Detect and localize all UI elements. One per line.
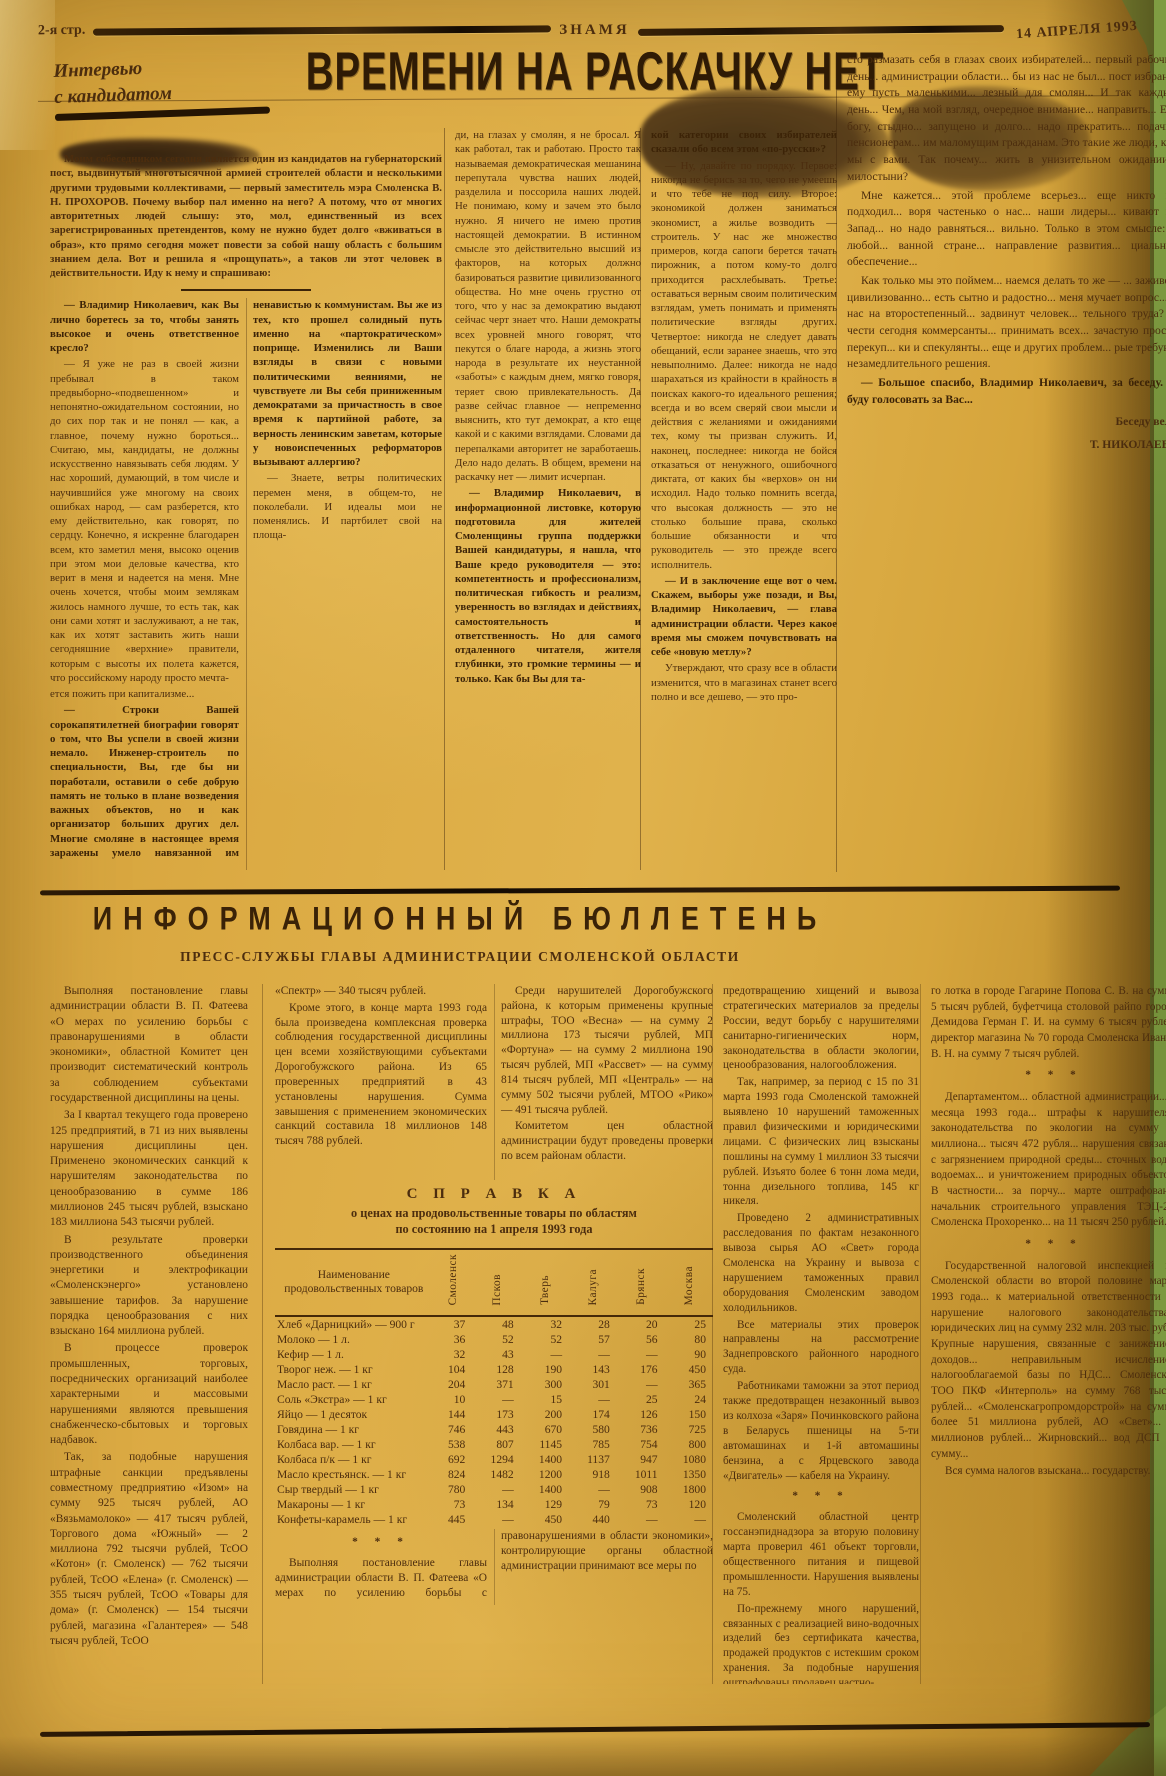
city-column-header: Псков [472, 1249, 520, 1316]
price-value: — [569, 1347, 617, 1362]
price-value: 79 [569, 1497, 617, 1512]
paragraph: «Спектр» — 340 тысяч рублей. [275, 984, 487, 999]
price-value: 24 [665, 1392, 713, 1407]
product-name: Творог неж. — 1 кг [275, 1362, 433, 1377]
price-value: 129 [521, 1497, 569, 1512]
paragraph: В результате проверки производственного … [50, 1233, 248, 1340]
paragraph: сто размазать себя в глазах своих избира… [847, 52, 1166, 186]
paragraph: Утверждают, что сразу все в области изме… [651, 661, 837, 704]
city-column-header: Брянск [617, 1249, 665, 1316]
price-value: 800 [665, 1437, 713, 1452]
price-value: 371 [472, 1377, 520, 1392]
price-report: С П Р А В К А о ценах на продовольственн… [275, 1186, 713, 1527]
price-value: 128 [472, 1362, 520, 1377]
paragraph: — Владимир Николаевич, в информационной … [455, 486, 641, 686]
bulletin-article: ИНФОРМАЦИОННЫЙ БЮЛЛЕТЕНЬ ПРЕСС-СЛУЖБЫ ГЛ… [40, 888, 1166, 1776]
interview-headline: ВРЕМЕНИ НА РАСКАЧКУ НЕТ [278, 42, 912, 103]
paragraph: Смоленский областной центр госсанэпиднад… [723, 1510, 919, 1599]
price-table-head: Наименование продовольственных товаров С… [275, 1249, 713, 1316]
interview-intro: Моим собеседником сегодня является один … [50, 152, 442, 280]
intro-divider-rule [181, 289, 311, 291]
page-header: 2-я стр. ЗНАМЯ 14 АПРЕЛЯ 1993 [38, 22, 1138, 39]
price-table-row: Колбаса п/к — 1 кг6921294140011379471080 [275, 1452, 713, 1467]
spravka-title: С П Р А В К А [275, 1186, 713, 1203]
price-table-body: Хлеб «Дарницкий» — 900 г374832282025Моло… [275, 1316, 713, 1527]
city-column-header: Смоленск [433, 1249, 473, 1316]
paragraph: — Знаете, ветры политических перемен мен… [253, 471, 442, 542]
price-value: 32 [433, 1347, 473, 1362]
price-value: 947 [617, 1452, 665, 1467]
spravka-subtitle-line-1: о ценах на продовольственные товары по о… [275, 1206, 713, 1222]
price-value: 25 [665, 1316, 713, 1332]
paragraph: — Владимир Николаевич, как Вы лично боре… [50, 298, 239, 355]
product-name: Сыр твердый — 1 кг [275, 1482, 433, 1497]
newspaper-page: 2-я стр. ЗНАМЯ 14 АПРЕЛЯ 1993 Интервью с… [0, 0, 1166, 1776]
price-value: 450 [521, 1512, 569, 1527]
product-name: Говядина — 1 кг [275, 1422, 433, 1437]
product-name: Конфеты-карамель — 1 кг [275, 1512, 433, 1527]
bulletin-column-4: предотвращению хищений и вывоза стратеги… [712, 984, 919, 1684]
price-table-row: Говядина — 1 кг746443670580736725 [275, 1422, 713, 1437]
price-value: 440 [569, 1512, 617, 1527]
price-value: 25 [617, 1392, 665, 1407]
price-table-row: Творог неж. — 1 кг104128190143176450 [275, 1362, 713, 1377]
price-value: 443 [472, 1422, 520, 1437]
price-value: 173 [472, 1407, 520, 1422]
price-value: 32 [521, 1316, 569, 1332]
price-value: 1011 [617, 1467, 665, 1482]
price-value: 538 [433, 1437, 473, 1452]
price-value: 746 [433, 1422, 473, 1437]
price-value: 174 [569, 1407, 617, 1422]
asterisk-separator: * * * [931, 1237, 1166, 1253]
interview-columns-1-2: Моим собеседником сегодня является один … [50, 152, 442, 870]
city-column-header: Тверь [521, 1249, 569, 1316]
price-value: 1400 [521, 1452, 569, 1467]
price-value: — [472, 1482, 520, 1497]
price-table-row: Масло крестьянск. — 1 кг8241482120091810… [275, 1467, 713, 1482]
city-label: Москва [683, 1266, 695, 1305]
paragraph: кой категории своих избирателей сказали … [651, 128, 837, 157]
paragraph: Проведено 2 административных расследован… [723, 1211, 919, 1315]
price-table-row: Яйцо — 1 десяток144173200174126150 [275, 1407, 713, 1422]
bulletin-body: Выполняя постановление главы администрац… [40, 984, 1166, 1684]
bulletin-column-5: го лотка в городе Гагарине Попова С. В. … [920, 984, 1166, 1684]
product-name: Макароны — 1 кг [275, 1497, 433, 1512]
price-table-row: Соль «Экстра» — 1 кг10—15—2524 [275, 1392, 713, 1407]
price-value: 785 [569, 1437, 617, 1452]
bulletin-subtitle: ПРЕСС-СЛУЖБЫ ГЛАВЫ АДМИНИСТРАЦИИ СМОЛЕНС… [70, 949, 850, 965]
paragraph: Кроме этого, в конце марта 1993 года был… [275, 1001, 487, 1149]
price-value: 36 [433, 1332, 473, 1347]
price-value: 1800 [665, 1482, 713, 1497]
header-rule-left [93, 25, 551, 35]
paragraph: Вся сумма налогов взыскана... государств… [931, 1464, 1166, 1480]
paragraph: По-прежнему много нарушений, связанных с… [723, 1602, 919, 1684]
price-value: 37 [433, 1316, 473, 1332]
price-value: 143 [569, 1362, 617, 1377]
price-value: 300 [521, 1377, 569, 1392]
price-value: 56 [617, 1332, 665, 1347]
price-value: 52 [521, 1332, 569, 1347]
price-value: — [617, 1512, 665, 1527]
price-value: 445 [433, 1512, 473, 1527]
price-value: 57 [569, 1332, 617, 1347]
bulletin-middle-block: «Спектр» — 340 тысяч рублей.Кроме этого,… [262, 984, 713, 1684]
city-label: Брянск [635, 1268, 647, 1305]
price-value: 1400 [521, 1482, 569, 1497]
interview-column-3: ди, на глазах у смолян, я не бросал. Я к… [444, 128, 641, 870]
paragraph: Работниками таможни за этот период также… [723, 1379, 919, 1483]
interview-article: Интервью с кандидатом ВРЕМЕНИ НА РАСКАЧК… [40, 100, 1166, 886]
paragraph: — Я уже не раз в своей жизни пребывал в … [50, 357, 239, 685]
price-table-row: Молоко — 1 л.365252575680 [275, 1332, 713, 1347]
paragraph: ди, на глазах у смолян, я не бросал. Я к… [455, 128, 641, 484]
bulletin-column-1: Выполняя постановление главы администрац… [50, 984, 248, 1684]
paragraph: Так, например, за период с 15 по 31 март… [723, 1075, 919, 1209]
paragraph: Среди нарушителей Дорогобужского района,… [501, 984, 713, 1117]
price-value: 20 [617, 1316, 665, 1332]
price-value: 48 [472, 1316, 520, 1332]
paragraph: В процессе проверок промышленных, торгов… [50, 1341, 248, 1448]
price-value: 1350 [665, 1467, 713, 1482]
price-value: 450 [665, 1362, 713, 1377]
bulletin-middle-top: «Спектр» — 340 тысяч рублей.Кроме этого,… [275, 984, 713, 1180]
product-name: Колбаса вар. — 1 кг [275, 1437, 433, 1452]
price-value: 1080 [665, 1452, 713, 1467]
city-column-header: Калуга [569, 1249, 617, 1316]
price-value: — [617, 1377, 665, 1392]
price-value: — [569, 1482, 617, 1497]
price-value: 1145 [521, 1437, 569, 1452]
price-value: 365 [665, 1377, 713, 1392]
price-value: 120 [665, 1497, 713, 1512]
price-value: 204 [433, 1377, 473, 1392]
price-value: 104 [433, 1362, 473, 1377]
paragraph: Государственной налоговой инспекцией по … [931, 1259, 1166, 1463]
interview-qa-columns: — Владимир Николаевич, как Вы лично боре… [50, 298, 442, 870]
paragraph: Департаментом... областной администрации… [931, 1090, 1166, 1231]
paragraph: Выполняя постановление главы администрац… [50, 984, 248, 1106]
product-name: Яйцо — 1 десяток [275, 1407, 433, 1422]
asterisk-separator: * * * [275, 1535, 487, 1550]
price-value: 1482 [472, 1467, 520, 1482]
interview-column-4: кой категории своих избирателей сказали … [640, 128, 837, 870]
price-value: 176 [617, 1362, 665, 1377]
price-value: 90 [665, 1347, 713, 1362]
paragraph: — И в заключение еще вот о чем. Скажем, … [651, 574, 837, 660]
price-value: 754 [617, 1437, 665, 1452]
asterisk-separator: * * * [931, 1068, 1166, 1084]
paragraph: — Ну, давайте по порядку. Первое: никогд… [651, 159, 837, 572]
page-number-label: 2-я стр. [38, 22, 86, 39]
price-value: 126 [617, 1407, 665, 1422]
price-value: 670 [521, 1422, 569, 1437]
bulletin-top-rule [40, 886, 1120, 896]
paragraph: Так, за подобные нарушения штрафные санк… [50, 1450, 248, 1649]
product-name: Кефир — 1 л. [275, 1347, 433, 1362]
price-value: 807 [472, 1437, 520, 1452]
price-value: 736 [617, 1422, 665, 1437]
paragraph: предотвращению хищений и вывоза стратеги… [723, 984, 919, 1073]
bulletin-middle-bottom: * * *Выполняя постановление главы админи… [275, 1529, 713, 1605]
price-value: 1137 [569, 1452, 617, 1467]
price-value: 43 [472, 1347, 520, 1362]
price-table-row: Кефир — 1 л.3243———90 [275, 1347, 713, 1362]
price-table-row: Хлеб «Дарницкий» — 900 г374832282025 [275, 1316, 713, 1332]
product-name: Масло крестьянск. — 1 кг [275, 1467, 433, 1482]
paragraph: Комитетом цен областной администрации бу… [501, 1119, 713, 1163]
price-value: — [472, 1512, 520, 1527]
price-value: 73 [433, 1497, 473, 1512]
price-value: 134 [472, 1497, 520, 1512]
paragraph: го лотка в городе Гагарине Попова С. В. … [931, 984, 1166, 1062]
price-value: 1200 [521, 1467, 569, 1482]
price-value: 150 [665, 1407, 713, 1422]
price-value: 10 [433, 1392, 473, 1407]
price-value: — [472, 1392, 520, 1407]
price-value: 1294 [472, 1452, 520, 1467]
city-column-header: Москва [665, 1249, 713, 1316]
price-table-row: Конфеты-карамель — 1 кг445—450440—— [275, 1512, 713, 1527]
price-table-row: Макароны — 1 кг731341297973120 [275, 1497, 713, 1512]
price-value: 28 [569, 1316, 617, 1332]
price-value: — [665, 1512, 713, 1527]
price-value: 190 [521, 1362, 569, 1377]
header-rule-right [638, 25, 1004, 36]
interview-kicker: Интервью с кандидатом [53, 51, 285, 121]
paragraph: За I квартал текущего года проверено 125… [50, 1108, 248, 1230]
paragraph: ется пожить при капитализме... [50, 687, 239, 701]
paragraph: Мне кажется... этой проблеме всерьез... … [847, 188, 1166, 271]
paragraph: Все материалы этих проверок направлены н… [723, 1318, 919, 1378]
price-table-row: Сыр твердый — 1 кг780—1400—9081800 [275, 1482, 713, 1497]
price-value: — [617, 1347, 665, 1362]
price-table: Наименование продовольственных товаров С… [275, 1248, 713, 1527]
city-label: Псков [491, 1274, 503, 1306]
price-value: 725 [665, 1422, 713, 1437]
price-value: 73 [617, 1497, 665, 1512]
spravka-subtitle-line-2: по состоянию на 1 апреля 1993 года [275, 1222, 713, 1238]
price-value: 144 [433, 1407, 473, 1422]
masthead-title: ЗНАМЯ [559, 22, 629, 39]
product-name: Масло раст. — 1 кг [275, 1377, 433, 1392]
asterisk-separator: * * * [723, 1489, 919, 1504]
city-label: Калуга [587, 1269, 599, 1305]
product-column-header: Наименование продовольственных товаров [275, 1249, 433, 1316]
price-value: — [521, 1347, 569, 1362]
paragraph: Беседу вела [847, 414, 1166, 431]
price-value: 918 [569, 1467, 617, 1482]
product-name: Колбаса п/к — 1 кг [275, 1452, 433, 1467]
price-value: — [569, 1392, 617, 1407]
paragraph: — Большое спасибо, Владимир Николаевич, … [847, 375, 1166, 408]
city-label: Тверь [539, 1275, 551, 1305]
price-value: 15 [521, 1392, 569, 1407]
price-value: 824 [433, 1467, 473, 1482]
price-table-header-row: Наименование продовольственных товаров С… [275, 1249, 713, 1316]
price-table-row: Колбаса вар. — 1 кг5388071145785754800 [275, 1437, 713, 1452]
paragraph: Т. НИКОЛАЕВА [847, 437, 1166, 454]
price-value: 52 [472, 1332, 520, 1347]
bulletin-bottom-rule [40, 1722, 1150, 1737]
product-name: Соль «Экстра» — 1 кг [275, 1392, 433, 1407]
price-value: 908 [617, 1482, 665, 1497]
product-name: Хлеб «Дарницкий» — 900 г [275, 1316, 433, 1332]
price-value: 780 [433, 1482, 473, 1497]
bulletin-title: ИНФОРМАЦИОННЫЙ БЮЛЛЕТЕНЬ [70, 901, 850, 938]
product-name: Молоко — 1 л. [275, 1332, 433, 1347]
interview-column-5: сто размазать себя в глазах своих избира… [836, 52, 1166, 872]
city-label: Смоленск [447, 1254, 459, 1305]
price-value: 301 [569, 1377, 617, 1392]
price-value: 580 [569, 1422, 617, 1437]
bulletin-title-block: ИНФОРМАЦИОННЫЙ БЮЛЛЕТЕНЬ ПРЕСС-СЛУЖБЫ ГЛ… [70, 904, 850, 965]
price-table-row: Масло раст. — 1 кг204371300301—365 [275, 1377, 713, 1392]
price-value: 692 [433, 1452, 473, 1467]
price-value: 80 [665, 1332, 713, 1347]
paragraph: Как только мы это поймем... наемся делат… [847, 273, 1166, 373]
price-value: 200 [521, 1407, 569, 1422]
